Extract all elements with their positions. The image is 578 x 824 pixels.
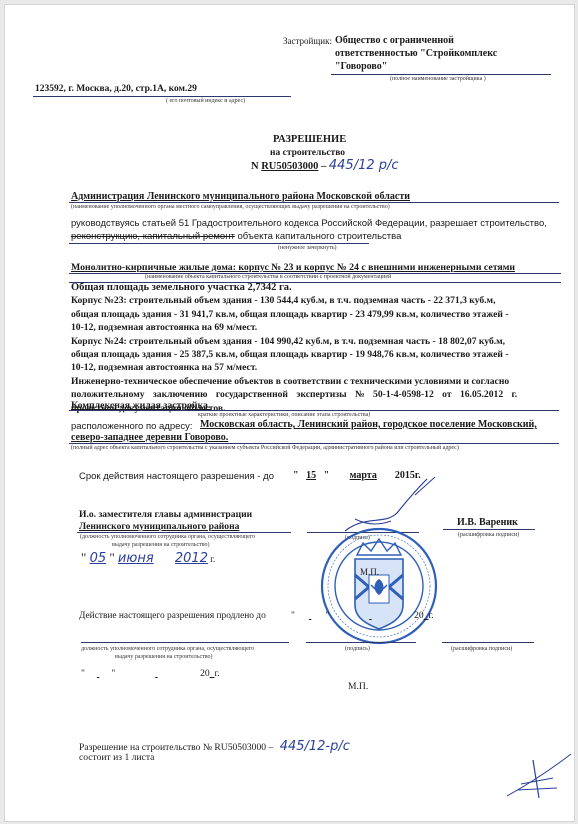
signatory-date-day: 05 — [90, 551, 107, 566]
object-detail-line: Инженерно-техническое обеспечение объект… — [71, 375, 517, 388]
permission-struck-text: реконструкцию, капитальный ремонт — [71, 231, 235, 242]
developer-address: 123592, г. Москва, д.20, стр.1А, ком.29 — [35, 84, 197, 94]
developer-name-line: "Говорово" — [335, 60, 497, 73]
divider — [69, 443, 559, 444]
extension-name-line — [442, 642, 534, 643]
permit-number-dash: – — [318, 161, 329, 172]
permit-number-handwritten: 445/12 р/с — [329, 158, 399, 173]
developer-name-line: Общество с ограниченной — [335, 34, 497, 47]
divider — [331, 74, 551, 75]
extension-year-prefix: 20 — [414, 610, 424, 621]
permission-caption: (ненужное зачеркнуть) — [278, 245, 337, 251]
developer-name-line: ответственностью "Стройкомплекс — [335, 47, 497, 60]
extension-position-caption-1: должность уполномоченного сотрудника орг… — [81, 646, 254, 652]
developer-address-caption: ( его почтовый индекс и адрес) — [166, 98, 245, 104]
validity-day: 15 — [301, 470, 321, 481]
extension-label: Действие настоящего разрешения продлено … — [79, 611, 266, 621]
permit-page: Застройщик: Общество с ограниченной отве… — [4, 4, 575, 822]
permission-text-line1: руководствуясь статьей 51 Градостроитель… — [71, 218, 547, 229]
object-name: Монолитно-кирпичные жилые дома: корпус №… — [71, 262, 515, 273]
extension-year-suffix: г. — [428, 610, 433, 621]
developer-name-caption: (полное наименование застройщика ) — [390, 76, 486, 82]
extension-position-caption-2: выдачу разрешения на строительство) — [115, 654, 213, 660]
developer-label: Застройщик: — [283, 36, 332, 46]
extension-sign-year-suffix: г. — [214, 668, 219, 679]
signatory-position-line2: Ленинского муниципального района — [79, 521, 239, 532]
document-subtitle: на строительство — [270, 148, 345, 158]
object-detail-line: общая площадь здания - 31 941,7 кв.м, об… — [71, 308, 517, 321]
signatory-date-suffix: г. — [210, 554, 215, 564]
extension-stamp-place-label: М.П. — [348, 681, 368, 692]
signatory-position-caption-1: (должность уполномоченного сотрудника ор… — [80, 534, 255, 540]
divider — [69, 410, 559, 411]
extension-signature-caption: (подпись) — [345, 646, 370, 652]
signatory-date-year: 2012 — [175, 551, 208, 566]
location-caption: (полный адрес объекта капитального строи… — [71, 445, 459, 451]
signatory-date-month: июня — [118, 551, 172, 566]
location-address-line2: северо-западнее деревни Говорово. — [71, 432, 228, 443]
signatory-date: " 05 " июня 2012 г. — [81, 550, 215, 566]
extension-name-caption: (расшифровка подписи) — [451, 646, 512, 652]
footer-handwritten-number: 445/12-р/с — [280, 739, 350, 754]
extension-position-line — [81, 642, 289, 643]
signatory-position-line1: И.о. заместителя главы администрации — [79, 509, 252, 520]
object-details: Общая площадь земельного участка 2,7342 … — [71, 281, 517, 415]
object-detail-line: 10-12, подземная автостоянка на 57 м/мес… — [71, 361, 517, 374]
signatory-name: И.В. Вареник — [457, 517, 518, 528]
object-detail-line: 10-12, подземная автостоянка на 69 м/мес… — [71, 321, 517, 334]
divider — [443, 529, 535, 530]
permission-text-rest: объекта капитального строительства — [235, 231, 402, 242]
divider — [69, 243, 369, 244]
validity-label: Срок действия настоящего разрешения - до — [79, 471, 274, 482]
permit-number-prefix: N — [251, 161, 261, 172]
official-stamp-icon — [319, 525, 439, 647]
location-label: расположенного по адресу: — [71, 421, 193, 432]
stamp-place-label: М.П. — [360, 567, 379, 577]
footer-sheet-count: состоит из 1 листа — [79, 752, 154, 763]
object-summary-caption: краткие проектные характеристики, описан… — [198, 412, 370, 418]
object-detail-line: общая площадь здания - 25 387,5 кв.м, об… — [71, 348, 517, 361]
signatory-name-caption: (расшифровка подписи) — [458, 532, 519, 538]
divider — [33, 96, 291, 97]
authority-name: Администрация Ленинского муниципального … — [71, 191, 410, 202]
initials-scribble — [505, 750, 573, 800]
extension-sign-year-prefix: 20 — [200, 668, 210, 679]
extension-signature-line — [306, 642, 416, 643]
permit-number: N RU50503000 – 445/12 р/с — [251, 158, 399, 173]
extension-sign-date: " " 20 г. — [81, 668, 220, 679]
location-address-line1: Московская область, Ленинский район, гор… — [200, 419, 537, 430]
permit-number-printed: RU50503000 — [261, 161, 318, 172]
object-detail-line: Корпус №24: строительный объем здания - … — [71, 335, 517, 348]
authority-caption: (наименование уполномоченного органа мес… — [71, 204, 390, 210]
document-title: РАЗРЕШЕНИЕ — [273, 134, 346, 145]
object-detail-line: Общая площадь земельного участка 2,7342 … — [71, 281, 517, 294]
divider — [77, 532, 291, 533]
signatory-position-caption-2: выдачу разрешения на строительство) — [112, 542, 210, 548]
developer-name: Общество с ограниченной ответственностью… — [335, 34, 497, 73]
extension-date: " " 20 г. — [291, 610, 434, 621]
object-detail-line: Корпус №23: строительный объем здания - … — [71, 294, 517, 307]
object-name-caption: (наименование объекта капитального строи… — [145, 274, 391, 280]
divider — [69, 202, 559, 203]
permission-text-line2: реконструкцию, капитальный ремонт объект… — [71, 231, 401, 242]
